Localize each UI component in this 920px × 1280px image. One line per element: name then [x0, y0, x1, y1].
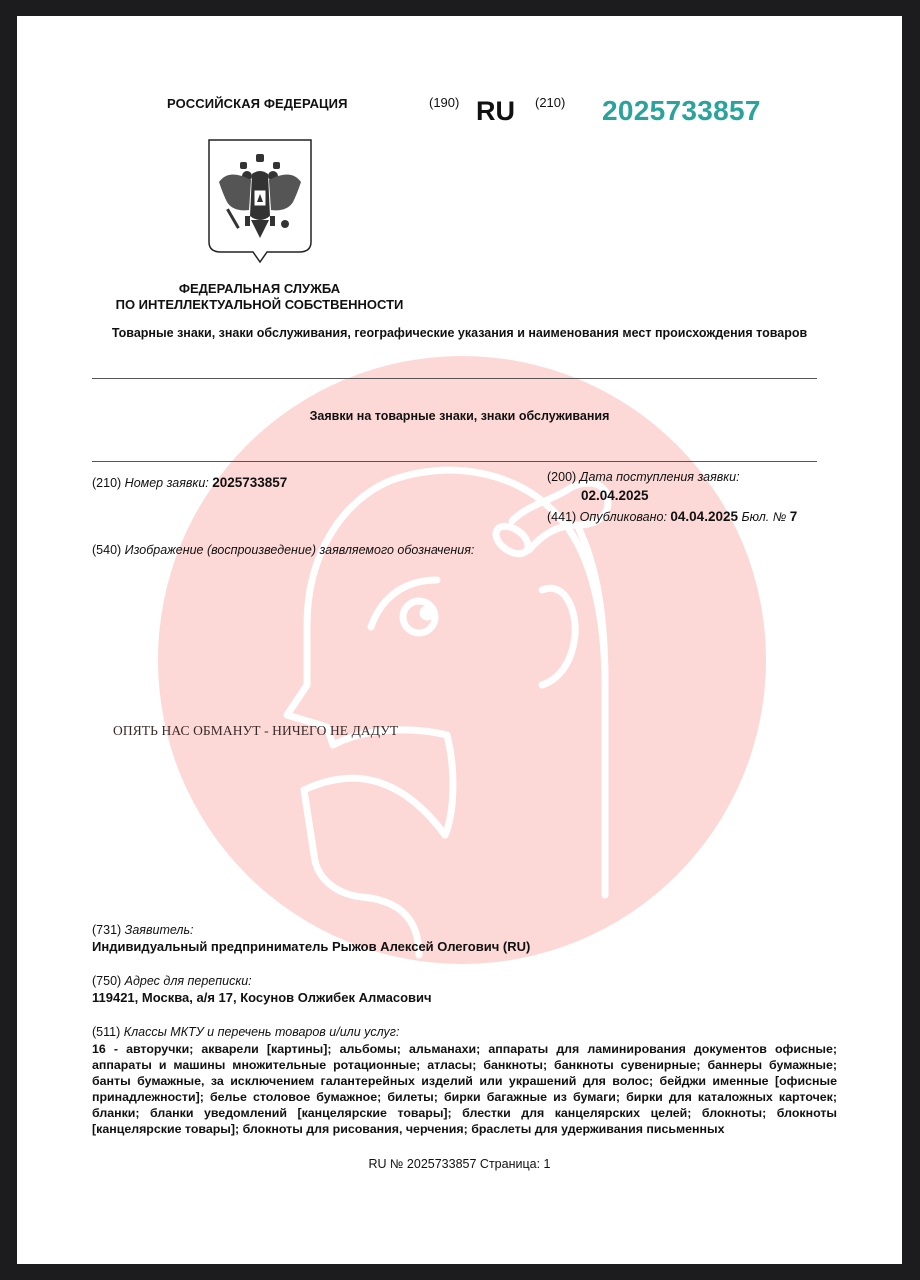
field-code: (210)	[92, 476, 121, 490]
field-code: (511)	[92, 1025, 120, 1039]
agency-line-1: ФЕДЕРАЛЬНАЯ СЛУЖБА	[77, 281, 442, 297]
field-label: Номер заявки:	[125, 476, 209, 490]
goods-list: 16 - авторучки; акварели [картины]; альб…	[92, 1041, 837, 1137]
filing-date-field: (200) Дата поступления заявки:	[547, 470, 740, 484]
field-label: Дата поступления заявки:	[580, 470, 740, 484]
trademark-text: ОПЯТЬ НАС ОБМАНУТ - НИЧЕГО НЕ ДАДУТ	[113, 723, 398, 739]
application-number-value: 2025733857	[212, 475, 287, 490]
mark-image-field: (540) Изображение (воспроизведение) заяв…	[92, 543, 474, 557]
published-date-value: 04.04.2025	[670, 509, 738, 524]
address-value: 119421, Москва, а/я 17, Косунов Олжибек …	[92, 990, 432, 1005]
published-field: (441) Опубликовано: 04.04.2025 Бюл. № 7	[547, 509, 797, 524]
filing-date-value: 02.04.2025	[581, 488, 649, 503]
document-category: Товарные знаки, знаки обслуживания, геог…	[17, 326, 902, 340]
field-code-190: (190)	[429, 95, 459, 110]
field-code: (540)	[92, 543, 121, 557]
page-footer: RU № 2025733857 Страница: 1	[17, 1157, 902, 1171]
section-title: Заявки на товарные знаки, знаки обслужив…	[17, 409, 902, 423]
address-label: (750) Адрес для переписки:	[92, 974, 252, 988]
russian-coat-of-arms-icon	[207, 138, 313, 264]
classes-label: (511) Классы МКТУ и перечень товаров и/и…	[92, 1025, 399, 1039]
field-code-210: (210)	[535, 95, 565, 110]
bulletin-number: 7	[790, 509, 798, 524]
field-code: (750)	[92, 974, 121, 988]
applicant-label: (731) Заявитель:	[92, 923, 194, 937]
field-label: Заявитель:	[125, 923, 194, 937]
field-label: Изображение (воспроизведение) заявляемог…	[125, 543, 475, 557]
divider	[92, 378, 817, 379]
field-code: (441)	[547, 510, 576, 524]
bulletin-label: Бюл. №	[741, 510, 786, 524]
agency-line-2: ПО ИНТЕЛЛЕКТУАЛЬНОЙ СОБСТВЕННОСТИ	[77, 297, 442, 313]
country-name: РОССИЙСКАЯ ФЕДЕРАЦИЯ	[167, 96, 348, 111]
country-code: RU	[476, 96, 515, 127]
registration-number: 2025733857	[602, 95, 761, 127]
applicant-value: Индивидуальный предприниматель Рыжов Але…	[92, 939, 530, 954]
field-label: Опубликовано:	[580, 510, 667, 524]
agency-name: ФЕДЕРАЛЬНАЯ СЛУЖБА ПО ИНТЕЛЛЕКТУАЛЬНОЙ С…	[77, 281, 442, 313]
field-code: (731)	[92, 923, 121, 937]
document-page: РОССИЙСКАЯ ФЕДЕРАЦИЯ (190) RU (210) 2025…	[17, 16, 902, 1264]
field-code: (200)	[547, 470, 576, 484]
divider	[92, 461, 817, 462]
field-label: Классы МКТУ и перечень товаров и/или усл…	[124, 1025, 400, 1039]
field-label: Адрес для переписки:	[125, 974, 252, 988]
application-number-field: (210) Номер заявки: 2025733857	[92, 475, 287, 490]
